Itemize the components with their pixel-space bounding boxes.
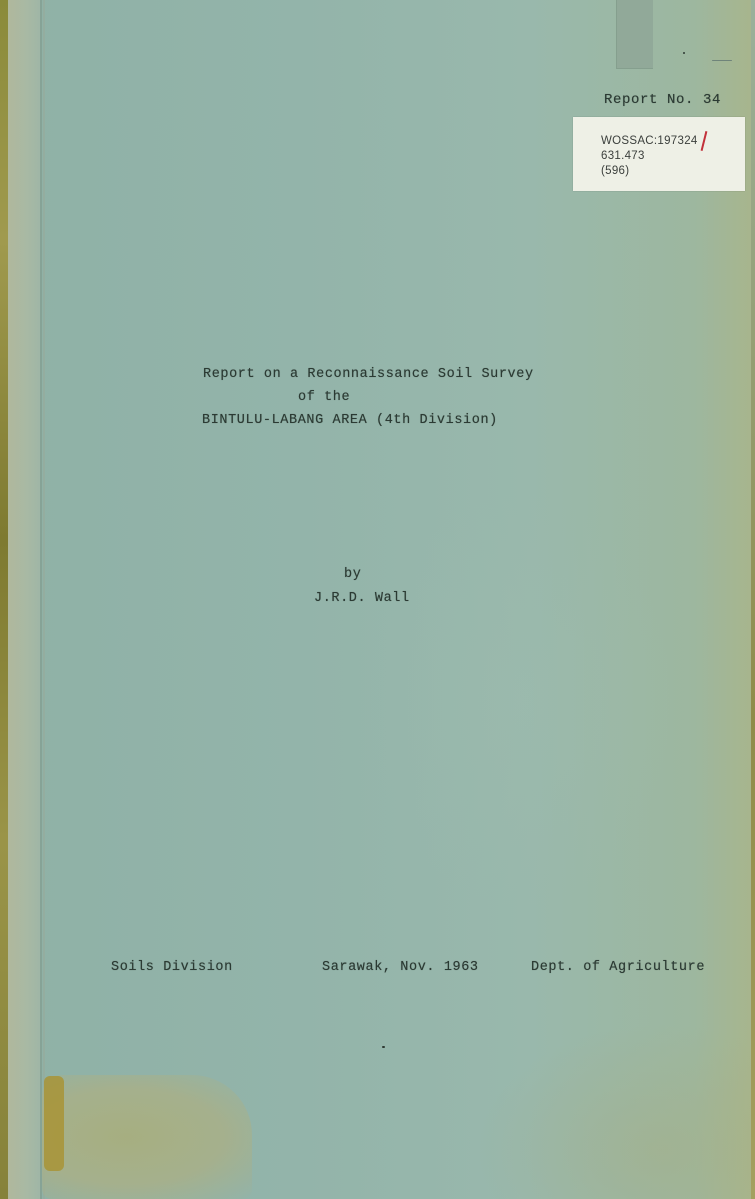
fold-line xyxy=(40,0,42,1199)
footer-department: Dept. of Agriculture xyxy=(531,960,705,975)
byline-by: by xyxy=(344,567,361,582)
footer-place-date: Sarawak, Nov. 1963 xyxy=(322,960,479,975)
spine-strip xyxy=(8,0,40,1199)
footer-division: Soils Division xyxy=(111,960,233,975)
report-number: Report No. 34 xyxy=(604,92,721,108)
author-name: J.R.D. Wall xyxy=(314,591,410,606)
catalog-number: (596) xyxy=(601,165,629,177)
title-line-3: BINTULU-LABANG AREA (4th Division) xyxy=(202,413,498,428)
page-edge xyxy=(751,0,755,1199)
ink-speck xyxy=(683,52,685,54)
catalog-classification: 631.473 xyxy=(601,150,645,162)
catalog-label: WOSSAC:197324 631.473 (596) xyxy=(573,117,745,191)
catalog-id: WOSSAC:197324 xyxy=(601,135,698,147)
title-line-1: Report on a Reconnaissance Soil Survey xyxy=(203,367,534,382)
tape-mark xyxy=(616,0,653,69)
ink-speck xyxy=(382,1046,385,1048)
stain-mark xyxy=(44,1076,64,1171)
water-stain xyxy=(42,1075,252,1199)
title-line-2: of the xyxy=(298,390,350,405)
binding-spine xyxy=(0,0,8,1199)
correction-mark xyxy=(701,131,708,151)
scratch-mark xyxy=(712,60,732,61)
